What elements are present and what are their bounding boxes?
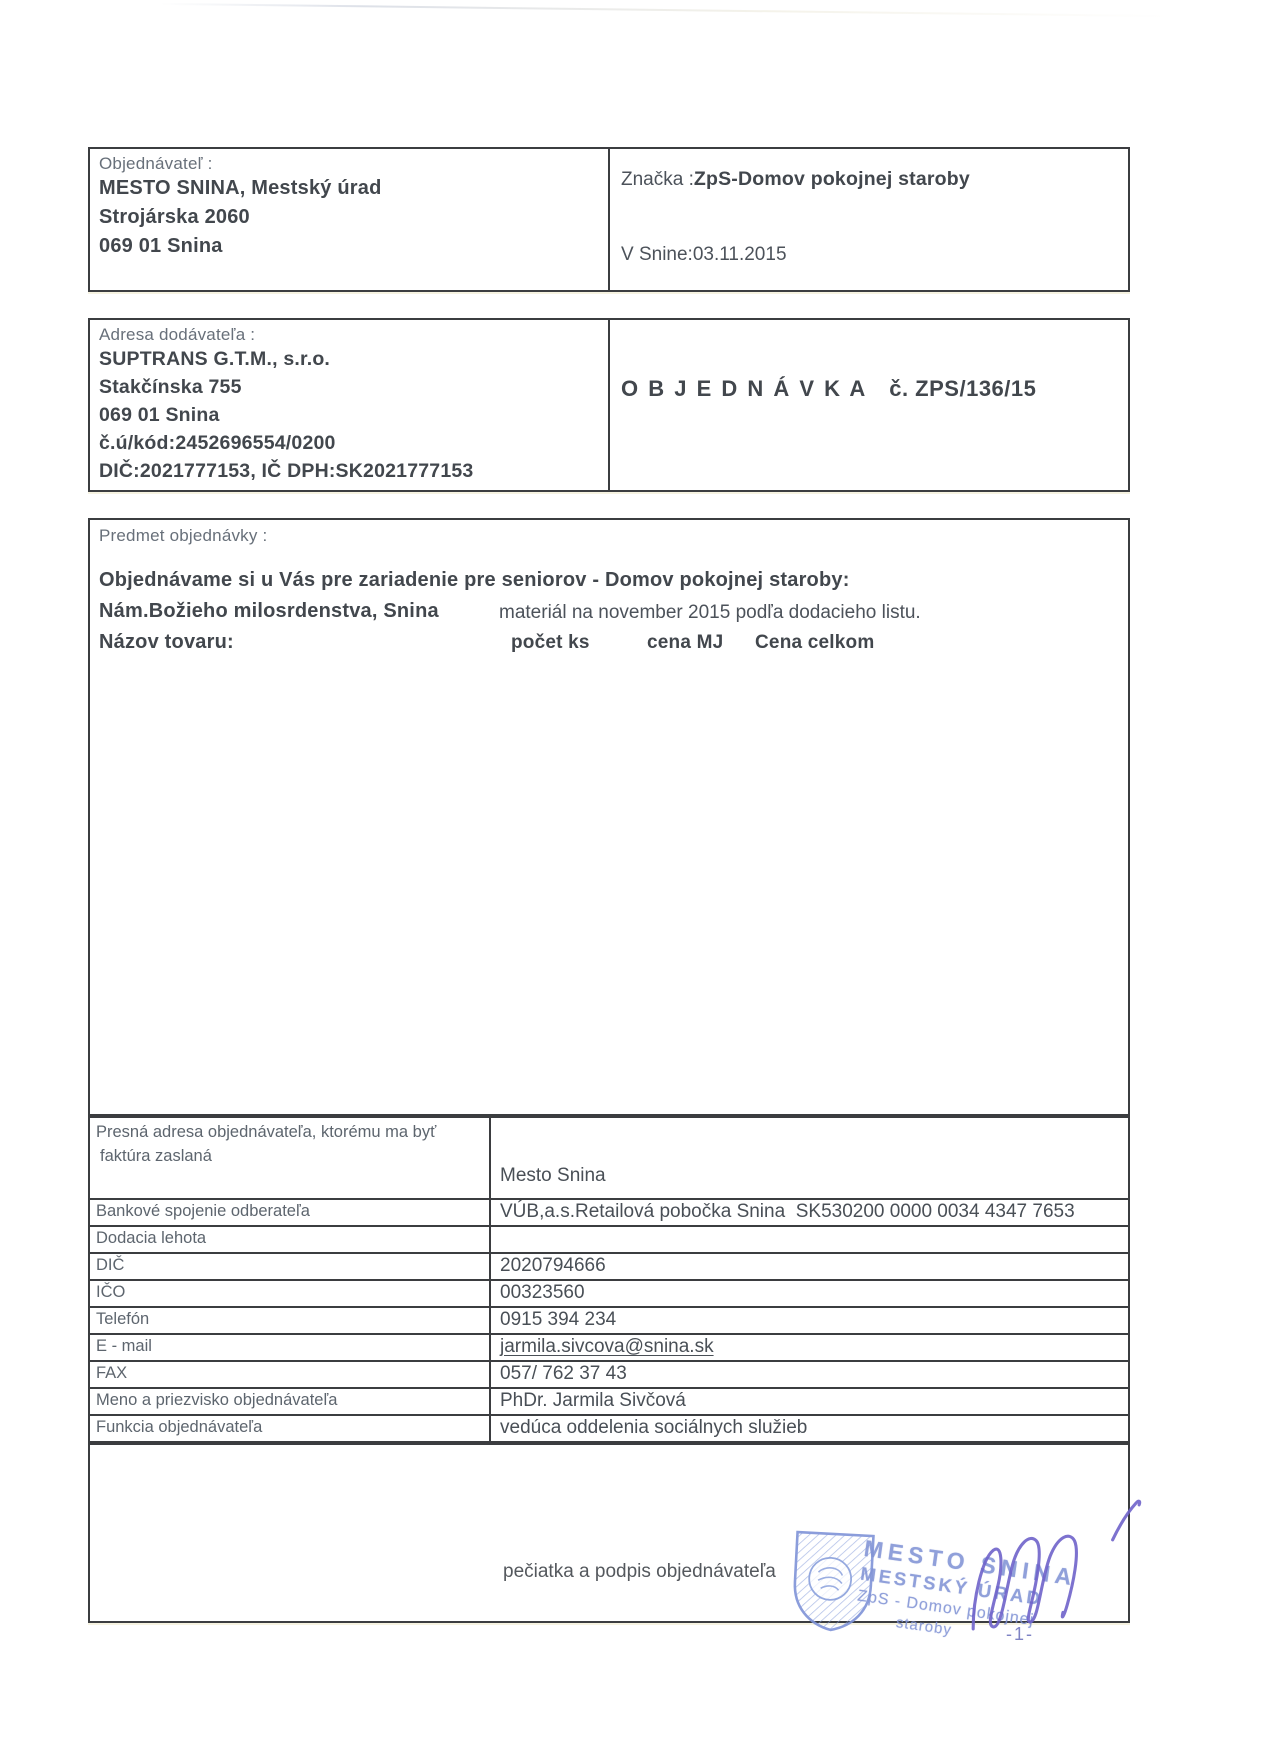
scanned-order-document: Objednávateľ : MESTO SNINA, Mestský úrad… <box>0 0 1264 1752</box>
row-label: FAX <box>90 1362 491 1387</box>
order-title: O B J E D N Á V K A <box>621 376 867 401</box>
supplier-city: 069 01 Snina <box>99 401 599 429</box>
scan-artifact-line <box>160 3 1170 17</box>
row-value: 0915 394 234 <box>491 1308 1128 1333</box>
column-header-name: Názov tovaru: <box>99 628 234 657</box>
signature <box>931 1488 1180 1662</box>
reference-value: ZpS-Domov pokojnej staroby <box>694 168 970 190</box>
table-row: DIČ 2020794666 <box>90 1252 1128 1279</box>
order-number-cell: O B J E D N Á V K Ač. ZPS/136/15 <box>610 320 1128 490</box>
row-label: IČO <box>90 1281 491 1306</box>
table-row: Telefón 0915 394 234 <box>90 1306 1128 1333</box>
page-number: -1- <box>1006 1624 1034 1645</box>
row-value: PhDr. Jarmila Sivčová <box>491 1389 1128 1414</box>
table-row: Meno a priezvisko objednávateľa PhDr. Ja… <box>90 1387 1128 1414</box>
row-label: Meno a priezvisko objednávateľa <box>90 1389 491 1414</box>
row-value: 057/ 762 37 43 <box>491 1362 1128 1387</box>
supplier-account: č.ú/kód:2452696554/0200 <box>99 429 599 457</box>
row-value: 2020794666 <box>491 1254 1128 1279</box>
subject-label: Predmet objednávky : <box>99 526 267 546</box>
details-table: Presná adresa objednávateľa, ktorému ma … <box>88 1116 1130 1443</box>
signature-box: pečiatka a podpis objednávateľa MESTO SN… <box>88 1443 1130 1623</box>
table-row: E - mail jarmila.sivcova@snina.sk <box>90 1333 1128 1360</box>
column-header-total: Cena celkom <box>755 628 874 657</box>
row-value: VÚB,a.s.Retailová pobočka Snina SK530200… <box>491 1200 1128 1225</box>
table-row: IČO 00323560 <box>90 1279 1128 1306</box>
supplier-street: Stakčínska 755 <box>99 373 599 401</box>
customer-name: MESTO SNINA, Mestský úrad <box>99 174 599 203</box>
row-label: Telefón <box>90 1308 491 1333</box>
order-number: č. ZPS/136/15 <box>889 376 1036 401</box>
supplier-box: Adresa dodávateľa : SUPTRANS G.T.M., s.r… <box>88 318 1130 492</box>
row-value-email: jarmila.sivcova@snina.sk <box>491 1335 1128 1360</box>
row-value: Mesto Snina Strojárska 2060 069 01 Snina <box>491 1118 1128 1198</box>
date-line: V Snine:03.11.2015 <box>621 244 787 266</box>
table-row: FAX 057/ 762 37 43 <box>90 1360 1128 1387</box>
row-label: Funkcia objednávateľa <box>90 1416 491 1441</box>
subject-box: Predmet objednávky : Objednávame si u Vá… <box>88 518 1130 1116</box>
row-label: Bankové spojenie odberateľa <box>90 1200 491 1225</box>
row-label: Presná adresa objednávateľa, ktorému ma … <box>90 1118 491 1198</box>
row-label: Dodacia lehota <box>90 1227 491 1252</box>
subject-line2-regular: materiál na november 2015 podľa dodacieh… <box>499 602 921 624</box>
customer-box: Objednávateľ : MESTO SNINA, Mestský úrad… <box>88 147 1130 292</box>
supplier-name: SUPTRANS G.T.M., s.r.o. <box>99 345 599 373</box>
subject-line2-bold: Nám.Božieho milosrdenstva, Snina <box>99 597 439 626</box>
table-row: Dodacia lehota <box>90 1225 1128 1252</box>
reference-cell: Značka :ZpS-Domov pokojnej staroby V Sni… <box>610 149 1128 290</box>
table-row: Bankové spojenie odberateľa VÚB,a.s.Reta… <box>90 1198 1128 1225</box>
row-label: DIČ <box>90 1254 491 1279</box>
customer-city: 069 01 Snina <box>99 232 599 261</box>
reference-line: Značka :ZpS-Domov pokojnej staroby <box>621 165 970 194</box>
customer-street: Strojárska 2060 <box>99 203 599 232</box>
customer-label: Objednávateľ : <box>99 154 599 174</box>
row-value <box>491 1227 1128 1252</box>
supplier-label: Adresa dodávateľa : <box>99 325 599 345</box>
order-heading: O B J E D N Á V K Ač. ZPS/136/15 <box>621 376 1036 402</box>
supplier-tax-ids: DIČ:2021777153, IČ DPH:SK2021777153 <box>99 457 599 485</box>
table-row: Funkcia objednávateľa vedúca oddelenia s… <box>90 1414 1128 1441</box>
row-label: E - mail <box>90 1335 491 1360</box>
row-value: 00323560 <box>491 1281 1128 1306</box>
stamp-caption: pečiatka a podpis objednávateľa <box>503 1561 776 1583</box>
table-row: Presná adresa objednávateľa, ktorému ma … <box>90 1118 1128 1198</box>
reference-label: Značka : <box>621 169 694 190</box>
supplier-cell: Adresa dodávateľa : SUPTRANS G.T.M., s.r… <box>90 320 610 490</box>
column-header-qty: počet ks <box>511 628 590 657</box>
row-value: vedúca oddelenia sociálnych služieb <box>491 1416 1128 1441</box>
customer-cell: Objednávateľ : MESTO SNINA, Mestský úrad… <box>90 149 610 290</box>
column-header-unit-price: cena MJ <box>647 628 723 657</box>
subject-line1: Objednávame si u Vás pre zariadenie pre … <box>99 566 850 595</box>
